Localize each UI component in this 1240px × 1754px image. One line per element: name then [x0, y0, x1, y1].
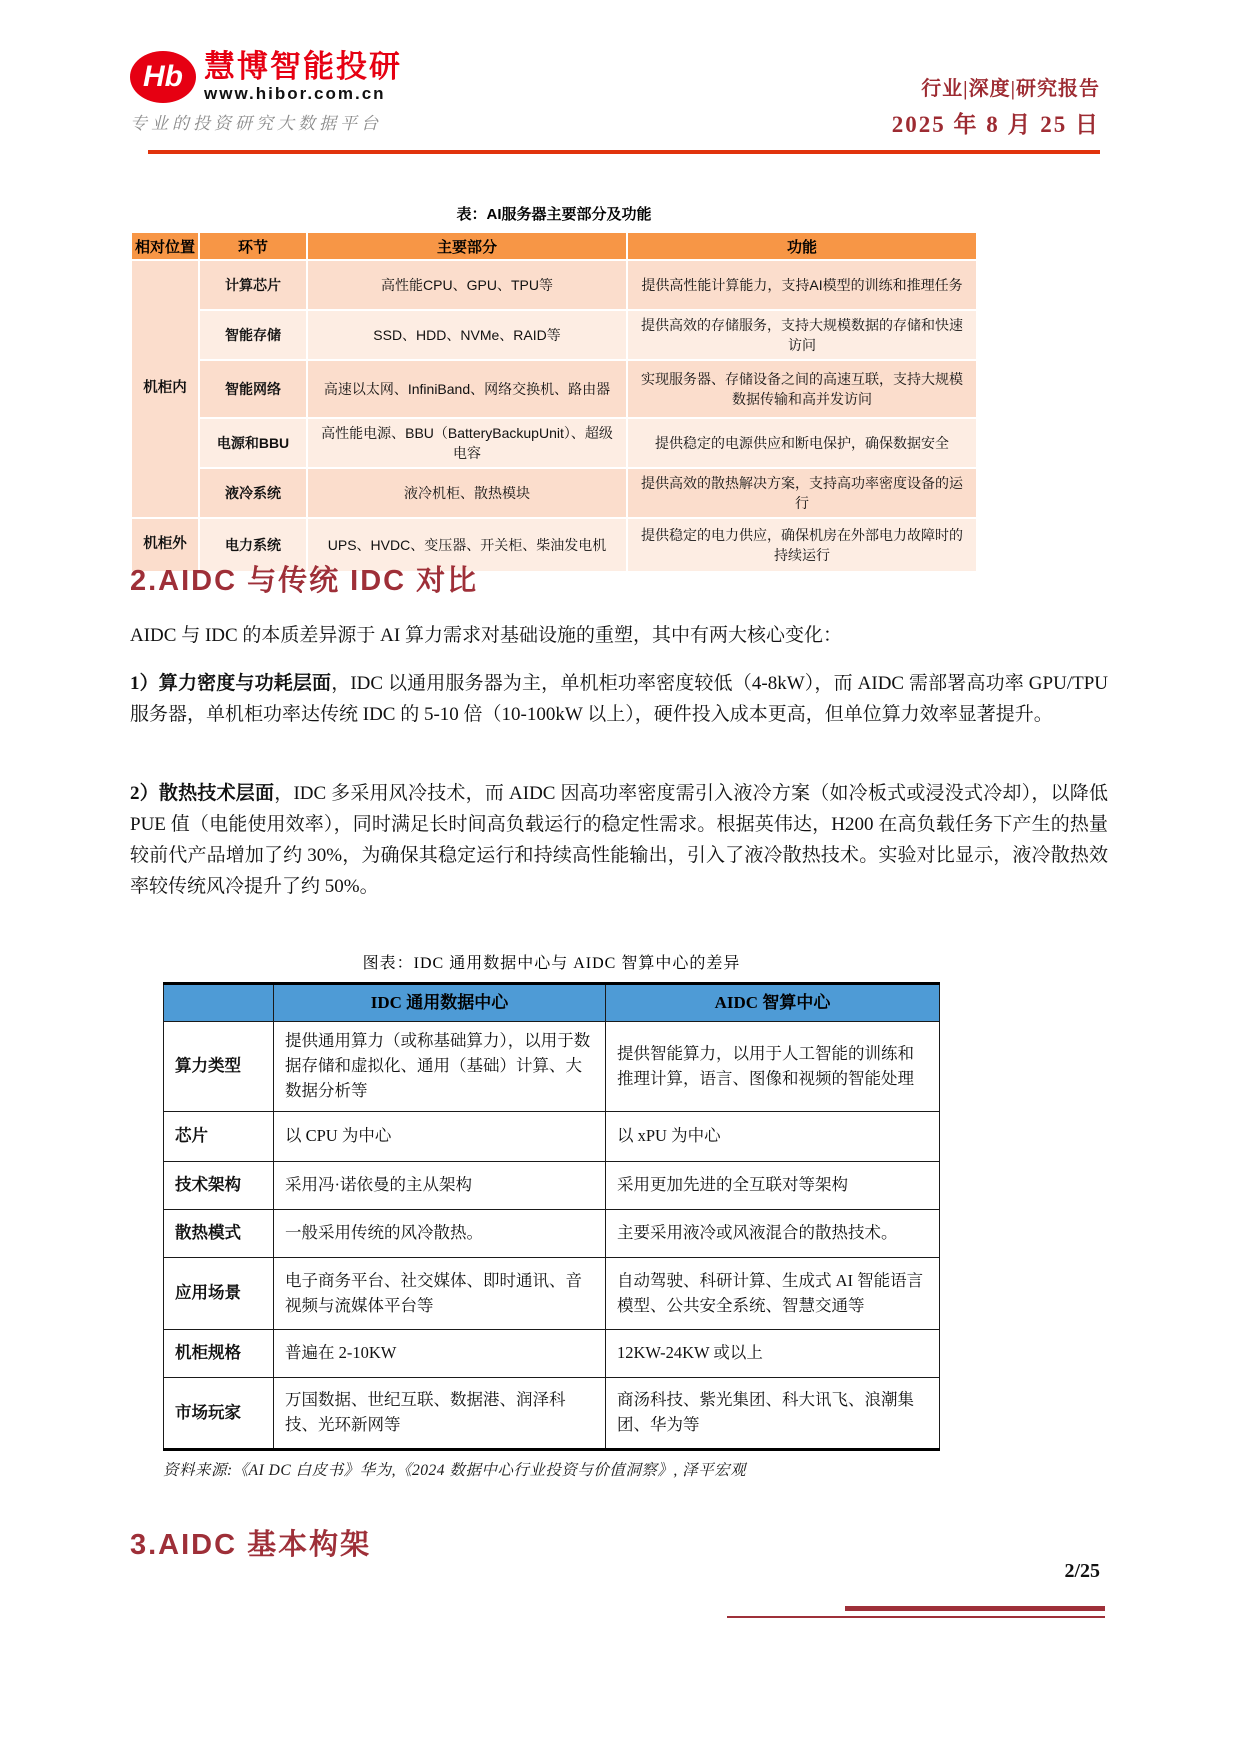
- cell-parts: 高性能CPU、GPU、TPU等: [308, 261, 626, 309]
- report-page: Hb 慧博智能投研 www.hibor.com.cn 专业的投资研究大数据平台 …: [0, 0, 1240, 1754]
- cell-aidc: 自动驾驶、科研计算、生成式 AI 智能语言模型、公共安全系统、智慧交通等: [606, 1258, 940, 1330]
- row-label: 芯片: [164, 1112, 274, 1162]
- col-header-segment: 环节: [200, 233, 306, 259]
- cell-parts: 高速以太网、InfiniBand、网络交换机、路由器: [308, 361, 626, 417]
- row-label: 市场玩家: [164, 1378, 274, 1450]
- ai-server-table: 相对位置 环节 主要部分 功能 机柜内 计算芯片 高性能CPU、GPU、TPU等…: [130, 231, 978, 573]
- publisher-logo: Hb 慧博智能投研 www.hibor.com.cn 专业的投资研究大数据平台: [130, 50, 402, 134]
- row-label: 技术架构: [164, 1162, 274, 1210]
- group-cell-in-cabinet: 机柜内: [132, 261, 198, 517]
- cell-aidc: 主要采用液冷或风液混合的散热技术。: [606, 1210, 940, 1258]
- ai-server-table-block: 表：AI服务器主要部分及功能 相对位置 环节 主要部分 功能 机柜内 计算芯片 …: [130, 203, 978, 573]
- table-row: 机柜规格 普遍在 2-10KW 12KW-24KW 或以上: [164, 1330, 940, 1378]
- paragraph-power-density: 1）算力密度与功耗层面，IDC 以通用服务器为主，单机柜功率密度较低（4-8kW…: [130, 668, 1108, 730]
- cell-segment: 智能网络: [200, 361, 306, 417]
- col-header-blank: [164, 984, 274, 1022]
- brand-tagline: 专业的投资研究大数据平台: [130, 109, 402, 134]
- report-type-label: 行业|深度|研究报告: [892, 72, 1100, 101]
- table-row: 智能网络 高速以太网、InfiniBand、网络交换机、路由器 实现服务器、存储…: [132, 361, 976, 417]
- col-header-position: 相对位置: [132, 233, 198, 259]
- cell-idc: 一般采用传统的风冷散热。: [274, 1210, 606, 1258]
- row-label: 应用场景: [164, 1258, 274, 1330]
- cell-idc: 以 CPU 为中心: [274, 1112, 606, 1162]
- cell-aidc: 以 xPU 为中心: [606, 1112, 940, 1162]
- cell-parts: SSD、HDD、NVMe、RAID等: [308, 311, 626, 359]
- cell-aidc: 提供智能算力，以用于人工智能的训练和推理计算，语言、图像和视频的智能处理: [606, 1022, 940, 1112]
- row-label: 机柜规格: [164, 1330, 274, 1378]
- col-header-aidc: AIDC 智算中心: [606, 984, 940, 1022]
- section-heading-2: 2.AIDC 与传统 IDC 对比: [130, 558, 478, 599]
- row-label: 散热模式: [164, 1210, 274, 1258]
- cell-idc: 提供通用算力（或称基础算力），以用于数据存储和虚拟化、通用（基础）计算、大数据分…: [274, 1022, 606, 1112]
- cell-function: 提供高性能计算能力，支持AI模型的训练和推理任务: [628, 261, 976, 309]
- hibor-logo-icon: Hb: [130, 51, 196, 103]
- page-number: 2/25: [1064, 1560, 1100, 1583]
- table-row: 智能存储 SSD、HDD、NVMe、RAID等 提供高效的存储服务，支持大规模数…: [132, 311, 976, 359]
- cell-parts: 液冷机柜、散热模块: [308, 469, 626, 517]
- table-row: 应用场景 电子商务平台、社交媒体、即时通讯、音视频与流媒体平台等 自动驾驶、科研…: [164, 1258, 940, 1330]
- table-row: 液冷系统 液冷机柜、散热模块 提供高效的散热解决方案，支持高功率密度设备的运行: [132, 469, 976, 517]
- table2-header-row: IDC 通用数据中心 AIDC 智算中心: [164, 984, 940, 1022]
- cell-function: 提供稳定的电力供应，确保机房在外部电力故障时的持续运行: [628, 519, 976, 571]
- footer-line-thin: [727, 1616, 1105, 1618]
- section-heading-3: 3.AIDC 基本构架: [130, 1522, 371, 1563]
- cell-idc: 普遍在 2-10KW: [274, 1330, 606, 1378]
- cell-parts: 高性能电源、BBU（BatteryBackupUnit）、超级电容: [308, 419, 626, 467]
- table-row: 机柜内 计算芯片 高性能CPU、GPU、TPU等 提供高性能计算能力，支持AI模…: [132, 261, 976, 309]
- cell-aidc: 采用更加先进的全互联对等架构: [606, 1162, 940, 1210]
- paragraph-lead: 1）算力密度与功耗层面: [130, 673, 331, 694]
- cell-segment: 计算芯片: [200, 261, 306, 309]
- page-header: Hb 慧博智能投研 www.hibor.com.cn 专业的投资研究大数据平台 …: [130, 50, 1100, 139]
- table2-source-note: 资料来源:《AI DC 白皮书》华为,《2024 数据中心行业投资与价值洞察》,…: [163, 1458, 940, 1480]
- table-row: 技术架构 采用冯·诺依曼的主从架构 采用更加先进的全互联对等架构: [164, 1162, 940, 1210]
- cell-function: 提供高效的散热解决方案，支持高功率密度设备的运行: [628, 469, 976, 517]
- idc-aidc-compare-table: IDC 通用数据中心 AIDC 智算中心 算力类型 提供通用算力（或称基础算力）…: [163, 982, 940, 1451]
- paragraph-intro: AIDC 与 IDC 的本质差异源于 AI 算力需求对基础设施的重塑，其中有两大…: [130, 620, 1108, 651]
- table-row: 散热模式 一般采用传统的风冷散热。 主要采用液冷或风液混合的散热技术。: [164, 1210, 940, 1258]
- cell-aidc: 12KW-24KW 或以上: [606, 1330, 940, 1378]
- paragraph-lead: 2）散热技术层面: [130, 783, 274, 804]
- paragraph-body: ，IDC 多采用风冷技术，而 AIDC 因高功率密度需引入液冷方案（如冷板式或浸…: [130, 783, 1108, 897]
- col-header-parts: 主要部分: [308, 233, 626, 259]
- cell-segment: 液冷系统: [200, 469, 306, 517]
- footer-line-thick: [845, 1606, 1105, 1611]
- col-header-idc: IDC 通用数据中心: [274, 984, 606, 1022]
- cell-function: 实现服务器、存储设备之间的高速互联，支持大规模数据传输和高并发访问: [628, 361, 976, 417]
- table1-header-row: 相对位置 环节 主要部分 功能: [132, 233, 976, 259]
- cell-function: 提供稳定的电源供应和断电保护，确保数据安全: [628, 419, 976, 467]
- row-label: 算力类型: [164, 1022, 274, 1112]
- col-header-function: 功能: [628, 233, 976, 259]
- table2-title: 图表：IDC 通用数据中心与 AIDC 智算中心的差异: [163, 950, 940, 973]
- cell-idc: 万国数据、世纪互联、数据港、润泽科技、光环新网等: [274, 1378, 606, 1450]
- paragraph-cooling: 2）散热技术层面，IDC 多采用风冷技术，而 AIDC 因高功率密度需引入液冷方…: [130, 778, 1108, 902]
- table-row: 芯片 以 CPU 为中心 以 xPU 为中心: [164, 1112, 940, 1162]
- cell-segment: 电源和BBU: [200, 419, 306, 467]
- report-date: 2025 年 8 月 25 日: [892, 106, 1100, 139]
- table-row: 算力类型 提供通用算力（或称基础算力），以用于数据存储和虚拟化、通用（基础）计算…: [164, 1022, 940, 1112]
- cell-segment: 智能存储: [200, 311, 306, 359]
- idc-aidc-compare-block: 图表：IDC 通用数据中心与 AIDC 智算中心的差异 IDC 通用数据中心 A…: [163, 950, 940, 1480]
- brand-url: www.hibor.com.cn: [204, 84, 402, 103]
- cell-aidc: 商汤科技、紫光集团、科大讯飞、浪潮集团、华为等: [606, 1378, 940, 1450]
- cell-idc: 采用冯·诺依曼的主从架构: [274, 1162, 606, 1210]
- brand-name: 慧博智能投研: [204, 50, 402, 84]
- table1-title: 表：AI服务器主要部分及功能: [130, 203, 978, 224]
- header-divider-line: [148, 150, 1100, 154]
- cell-function: 提供高效的存储服务，支持大规模数据的存储和快速访问: [628, 311, 976, 359]
- cell-idc: 电子商务平台、社交媒体、即时通讯、音视频与流媒体平台等: [274, 1258, 606, 1330]
- table-row: 电源和BBU 高性能电源、BBU（BatteryBackupUnit）、超级电容…: [132, 419, 976, 467]
- table-row: 市场玩家 万国数据、世纪互联、数据港、润泽科技、光环新网等 商汤科技、紫光集团、…: [164, 1378, 940, 1450]
